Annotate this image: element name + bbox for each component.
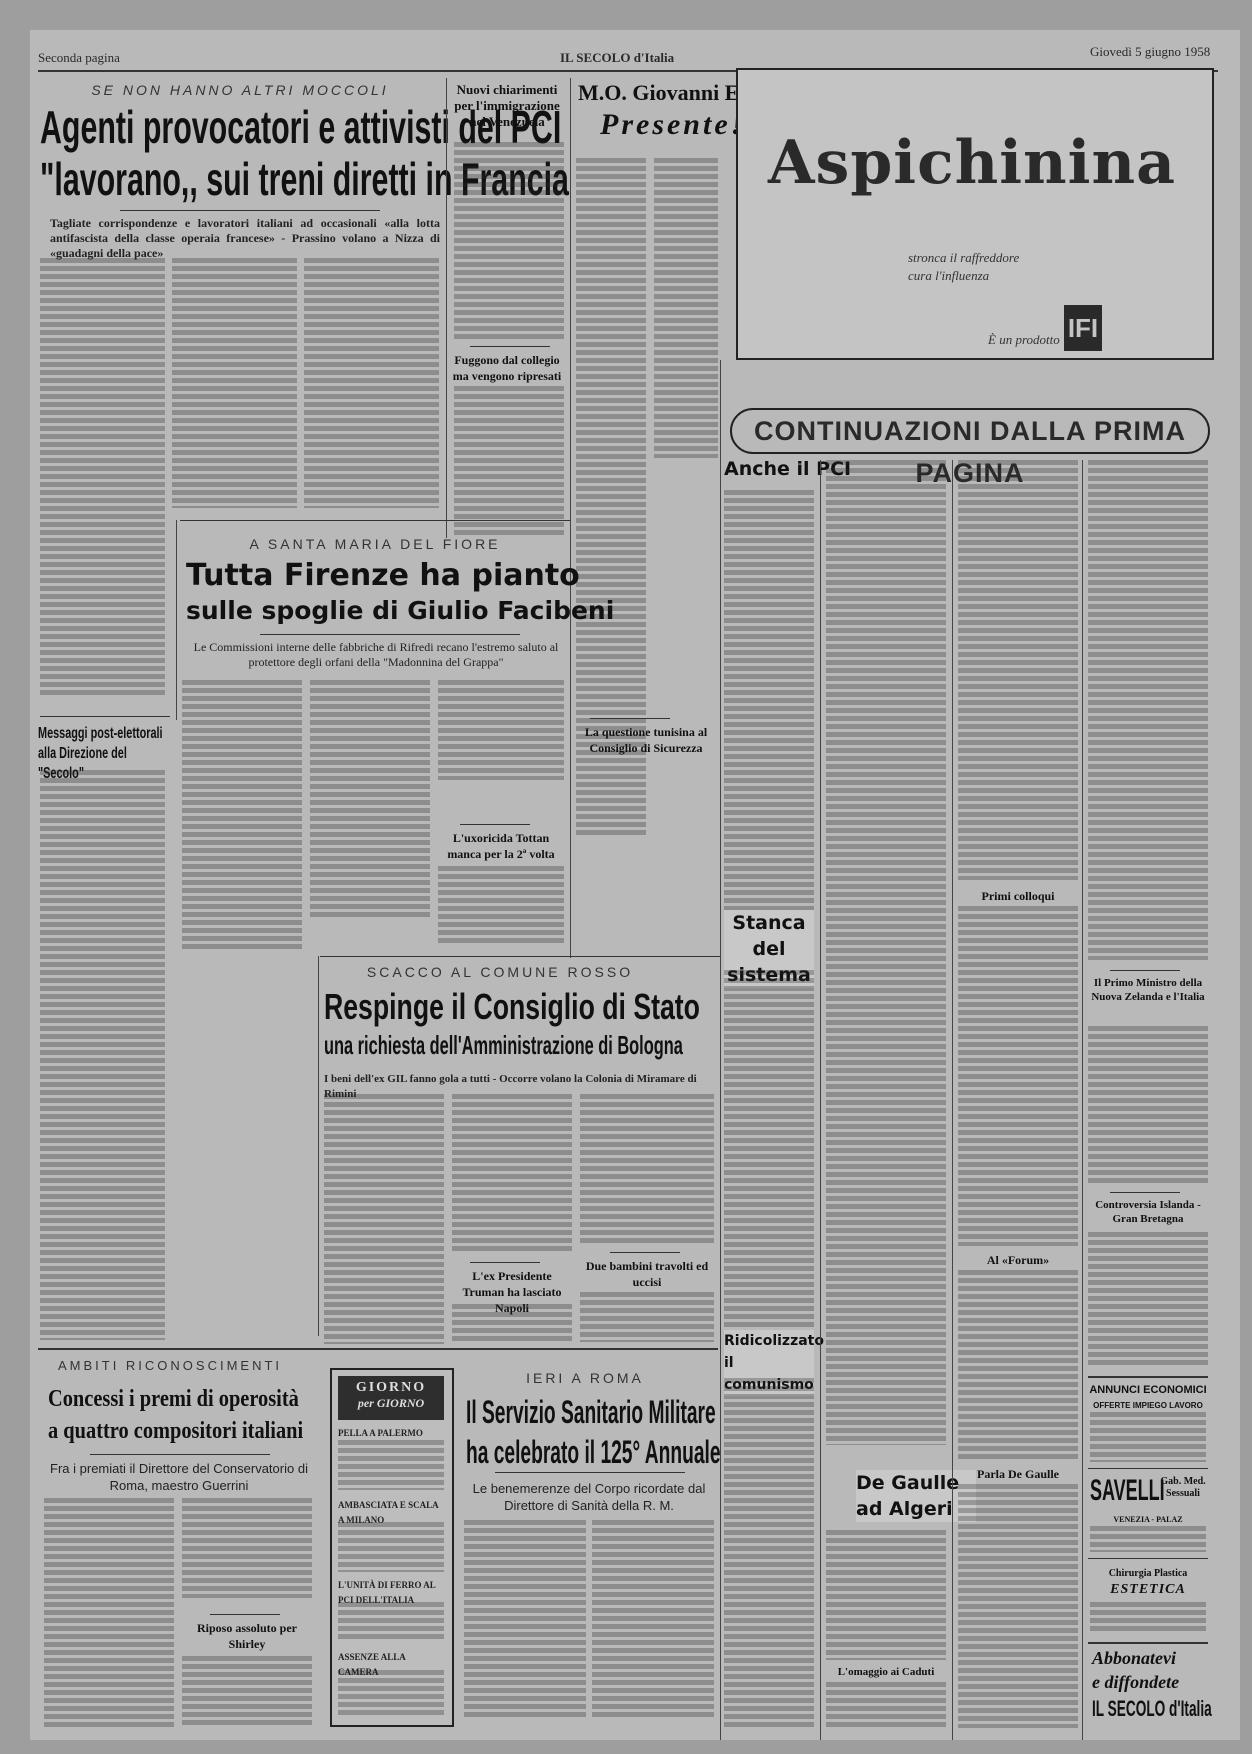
firenze-headline-1: Tutta Firenze ha pianto: [186, 558, 580, 593]
bambini-headline: Due bambini travolti ed uccisi: [580, 1258, 714, 1290]
sanitario-subhead: Le benemerenze del Corpo ricordate dal D…: [464, 1480, 714, 1514]
shirley-headline: Riposo assoluto per Shirley: [182, 1620, 312, 1652]
abbonatevi-line-1: Abbonatevi: [1092, 1648, 1176, 1669]
aspichinina-footer: È un prodotto: [988, 332, 1060, 348]
giorno-item: PELLA A PALERMO: [338, 1426, 444, 1441]
al-forum-head: Al «Forum»: [958, 1252, 1078, 1268]
aspichinina-tagline-2: cura l'influenza: [908, 268, 989, 284]
savelli-brand: SAVELLI: [1090, 1474, 1165, 1508]
continuazioni-banner: CONTINUAZIONI DALLA PRIMA PAGINA: [730, 408, 1210, 454]
savelli-side: Gab. Med. Sessuali: [1160, 1476, 1206, 1500]
tottan-headline: L'uxoricida Tottan manca per la 2ª volta: [438, 830, 564, 862]
paper-name: IL SECOLO d'Italia: [560, 50, 674, 66]
annunci-title: ANNUNCI ECONOMICI: [1088, 1382, 1208, 1398]
sanitario-headline-1: Il Servizio Sanitario Militare: [466, 1394, 716, 1431]
newspaper-page: Seconda pagina IL SECOLO d'Italia Gioved…: [30, 30, 1240, 1740]
sicurezza-headline: La questione tunisina al Consiglio di Si…: [576, 724, 716, 756]
esposito-headline-2: Presente!: [600, 108, 745, 142]
firenze-kicker: A SANTA MARIA DEL FIORE: [180, 536, 570, 552]
primo-ministro-head: Il Primo Ministro della Nuova Zelanda e …: [1088, 976, 1208, 1004]
abbonatevi-line-3: IL SECOLO d'Italia: [1092, 1696, 1212, 1722]
controversia-head: Controversia Islanda - Gran Bretagna: [1088, 1198, 1208, 1226]
treni-body-col3: [304, 258, 439, 508]
compositori-headline-1: Concessi i premi di operosità: [48, 1386, 299, 1413]
treni-subhead: Tagliate corrispondenze e lavoratori ita…: [50, 216, 440, 261]
compositori-subhead: Fra i premiati il Direttore del Conserva…: [44, 1460, 314, 1494]
compositori-headline-2: a quattro compositori italiani: [48, 1418, 303, 1445]
parla-de-gaulle-head: Parla De Gaulle: [958, 1466, 1078, 1482]
estetica-line-2: ESTETICA: [1088, 1582, 1208, 1598]
bologna-headline-1: Respinge il Consiglio di Stato: [324, 986, 700, 1028]
aspichinina-tagline-1: stronca il raffreddore: [908, 250, 1019, 266]
issue-date: Giovedì 5 giugno 1958: [1090, 44, 1210, 60]
venezuela-headline: Nuovi chiarimenti per l'immigrazione nel…: [452, 82, 562, 130]
treni-body-col2: [172, 258, 297, 508]
primi-colloqui-head: Primi colloqui: [958, 888, 1078, 904]
omaggio-head: L'omaggio ai Caduti: [826, 1664, 946, 1680]
ifi-logo: IFI: [1064, 305, 1102, 351]
treni-kicker: SE NON HANNO ALTRI MOCCOLI: [40, 82, 440, 98]
bologna-headline-2: una richiesta dell'Amministrazione di Bo…: [324, 1030, 683, 1061]
treni-body-col1: [40, 258, 165, 698]
abbonatevi-line-2: e diffondete: [1092, 1672, 1179, 1693]
bologna-kicker: SCACCO AL COMUNE ROSSO: [320, 964, 680, 980]
giorno-title: GIORNO per GIORNO: [338, 1376, 444, 1420]
collegio-headline: Fuggono dal collegio ma vengono ripresat…: [452, 352, 562, 384]
sanitario-headline-2: ha celebrato il 125° Annuale: [466, 1434, 721, 1471]
estetica-line-1: Chirurgia Plastica: [1088, 1566, 1208, 1582]
firenze-subhead: Le Commissioni interne delle fabbriche d…: [186, 640, 566, 670]
aspichinina-brand: Aspichinina: [768, 128, 1176, 198]
giorno-per-giorno-box: GIORNO per GIORNO PELLA A PALERMO AMBASC…: [330, 1368, 454, 1727]
sanitario-kicker: IERI A ROMA: [460, 1370, 710, 1386]
aspichinina-ad: Aspichinina stronca il raffreddore cura …: [736, 68, 1214, 360]
firenze-headline-2: sulle spoglie di Giulio Facibeni: [186, 596, 614, 625]
compositori-kicker: AMBITI RICONOSCIMENTI: [40, 1358, 300, 1373]
page-label: Seconda pagina: [38, 50, 120, 66]
